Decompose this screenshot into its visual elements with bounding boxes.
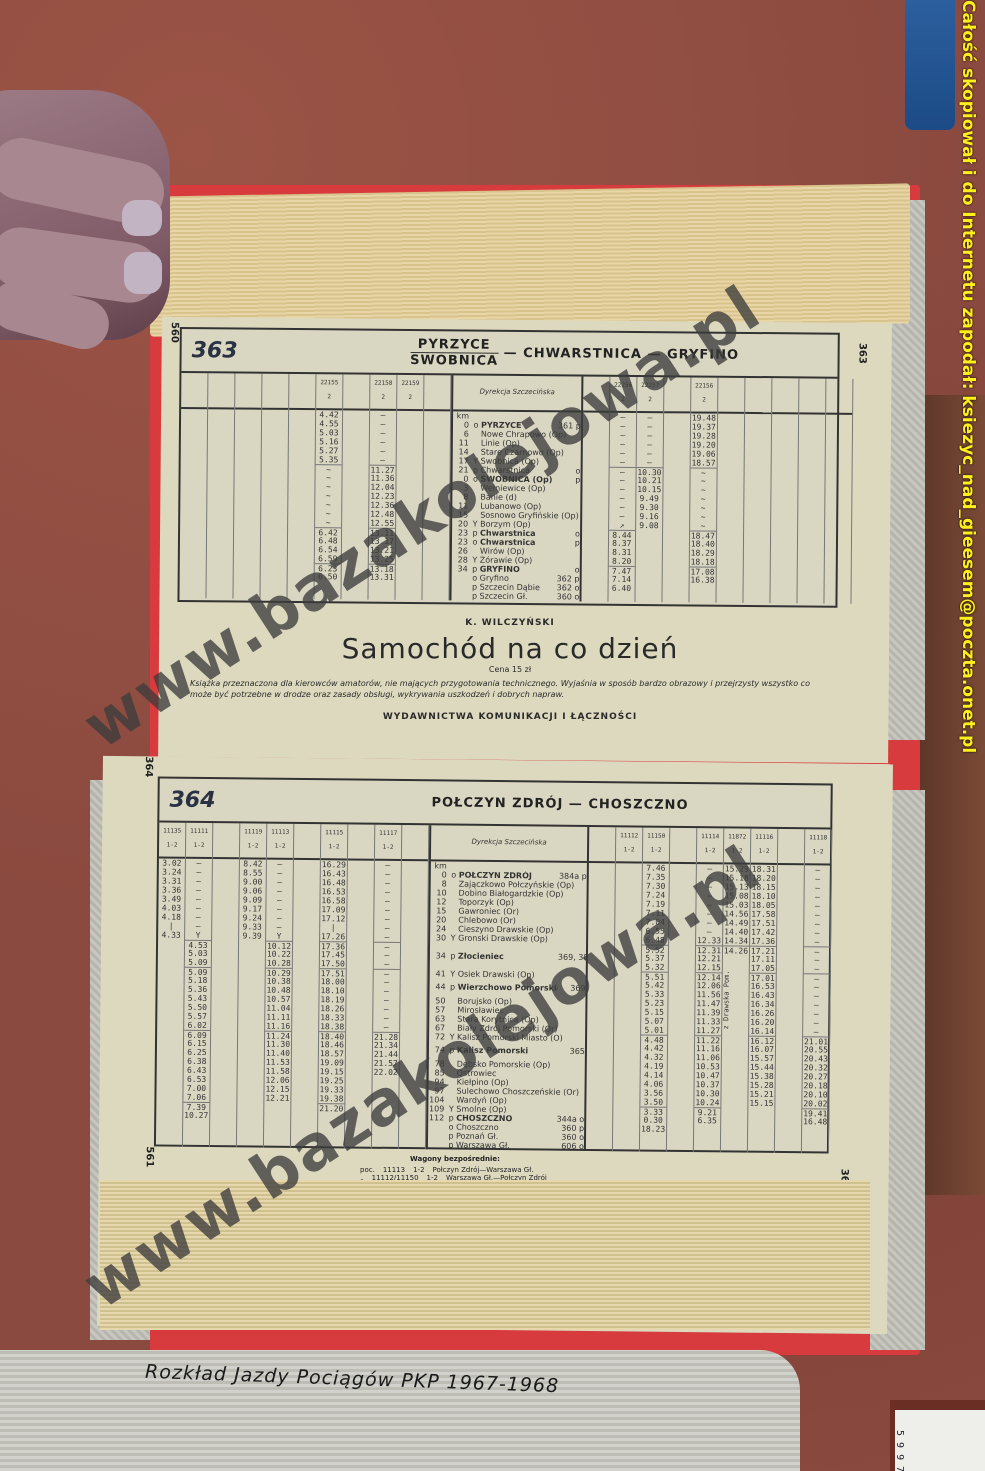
ad-publisher: WYDAWNICTWA KOMUNIKACJI I ŁĄCZNOŚCI: [180, 712, 840, 722]
through-cars-heading: Wagony bezpośrednie:: [410, 1155, 555, 1163]
timetable-title: POŁCZYN ZDRÓJ — CHOSZCZNO: [299, 793, 820, 813]
train-col-22156: 221562 19.4819.3719.2819.2019.0618.57 ~~…: [689, 377, 718, 602]
title-swobnica: SWOBNICA: [410, 352, 498, 368]
train-col-11135: 111351-2 3.023.243.313.363.494.034.18|4.…: [156, 822, 186, 1146]
timetable-header: 364 POŁCZYN ZDRÓJ — CHOSZCZNO: [159, 778, 830, 829]
book-spine: [0, 1350, 800, 1471]
train-col-11111: 111111-2 ————————Y 4.535.035.095.095.185…: [183, 823, 213, 1147]
timetable-number: 363: [192, 338, 322, 364]
left-margin-page-number: 560: [169, 322, 180, 343]
right-margin-table-number: 363: [856, 343, 867, 364]
page-edges-top: [150, 183, 910, 336]
uploader-credit: Całość skopiował i do Internetu zapodał:…: [948, 0, 978, 980]
left-margin-page-number: 561: [144, 1146, 155, 1167]
train-col-11113: 111131-2 ————————Y 10.1210.2210.2810.291…: [264, 824, 294, 1148]
train-col-11119: 111191-2 8.428.559.009.069.099.179.249.3…: [237, 823, 267, 1147]
through-cars-note: Wagony bezpośrednie: poc.111131-2Połczyn…: [360, 1155, 555, 1182]
ad-price: Cena 15 zł: [180, 665, 840, 674]
title-pyrzyce: PYRZYCE: [410, 336, 498, 353]
barcode-label: 5 9 9 7: [895, 1410, 985, 1471]
fingernail: [124, 252, 162, 294]
directorate-label: Dyrekcja Szczecińska: [431, 825, 587, 863]
timetable-number: 364: [169, 787, 299, 813]
barcode-digits: 5 9 9 7: [894, 1430, 905, 1471]
vertical-note: z Drawska Pom.: [722, 954, 732, 1044]
through-car-row: poc.111131-2Połczyn Zdrój—Warszawa Gł.: [360, 1166, 555, 1174]
train-col-11118: 111181-2 ————————— —————————— 21.0120.55…: [802, 829, 832, 1153]
left-margin-table-number: 364: [143, 756, 154, 777]
ad-description: Książka przeznaczona dla kierowców amato…: [180, 674, 840, 704]
fingernail: [122, 200, 162, 236]
